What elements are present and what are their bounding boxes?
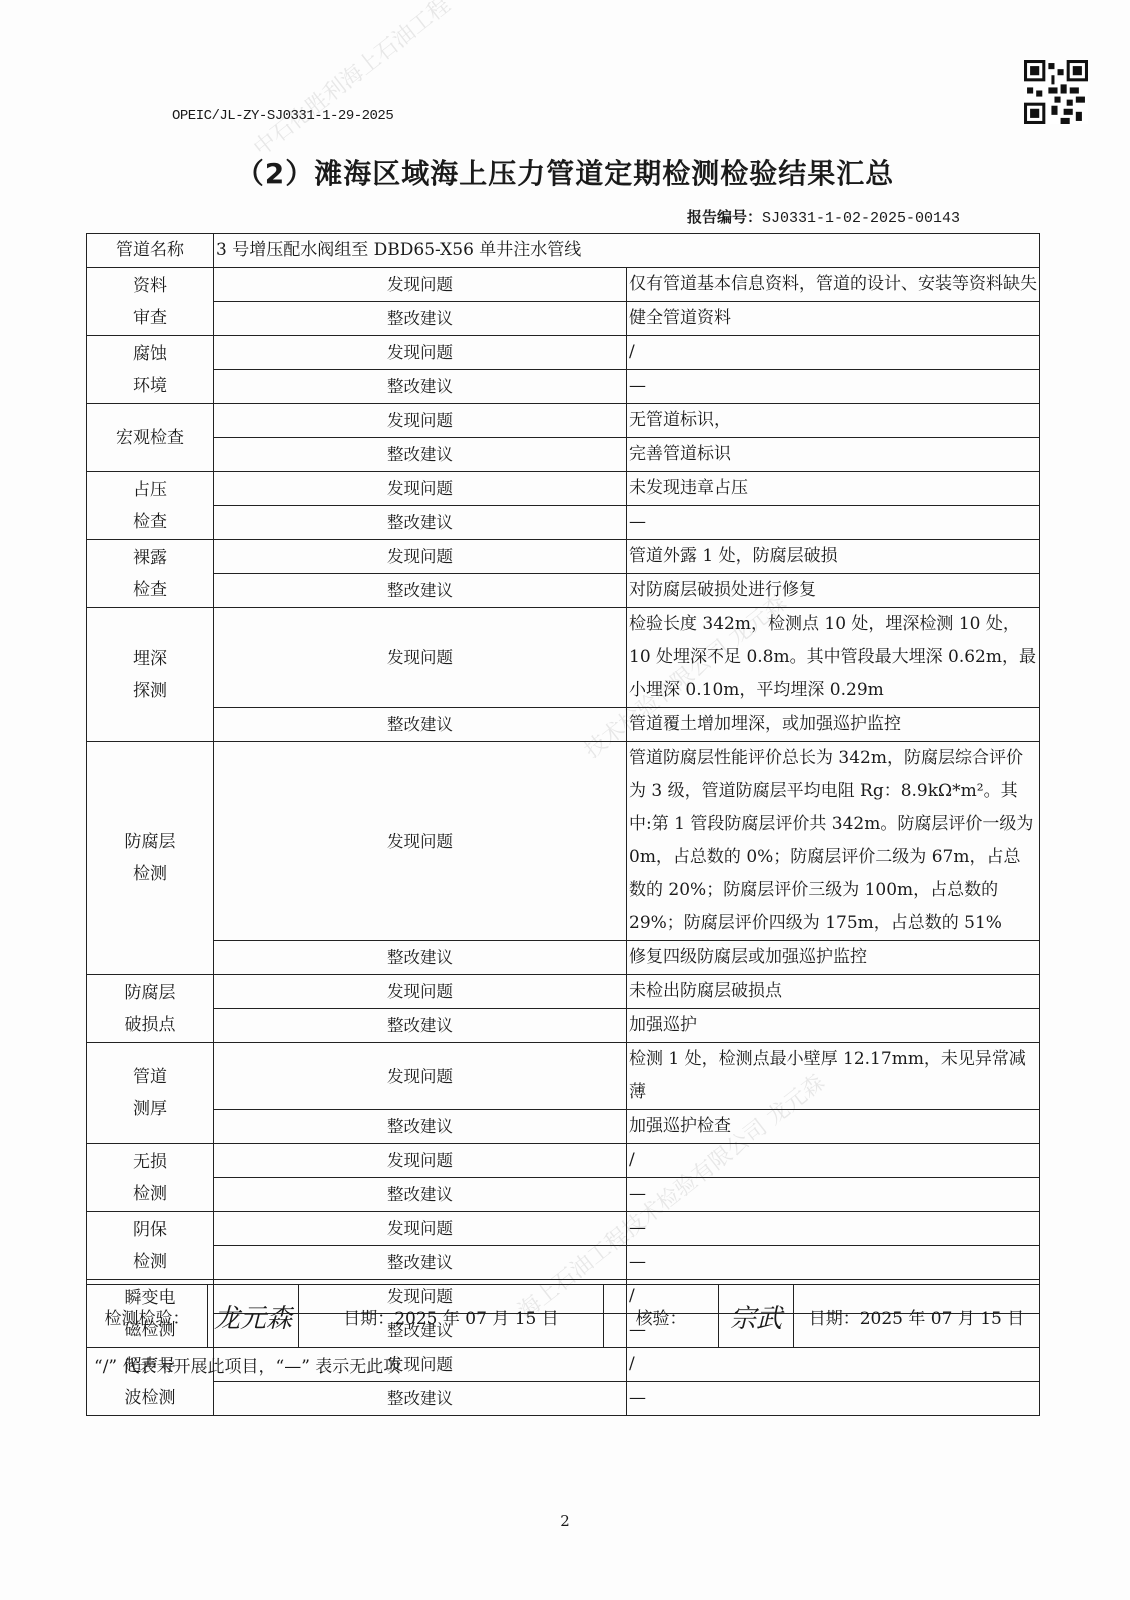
issue-value: — [627,1212,1040,1246]
section-advice-row: 整改建议加强巡护检查 [87,1110,1040,1144]
advice-label: 整改建议 [214,708,627,742]
inspector-signature: 龙元森 [208,1285,299,1348]
section-advice-row: 整改建议— [87,370,1040,404]
inspector-label: 检测检验： [87,1285,208,1348]
issue-label: 发现问题 [214,404,627,438]
advice-value: — [627,1246,1040,1280]
section-advice-row: 整改建议加强巡护 [87,1009,1040,1043]
issue-value: 检测 1 处，检测点最小壁厚 12.17mm，未见异常减薄 [627,1043,1040,1110]
pipeline-name-value: 3 号增压配水阀组至 DBD65-X56 单井注水管线 [214,234,1040,268]
section-advice-row: 整改建议完善管道标识 [87,438,1040,472]
advice-label: 整改建议 [214,1382,627,1416]
issue-value: 管道外露 1 处，防腐层破损 [627,540,1040,574]
signoff-table: 检测检验： 龙元森 日期：2025 年 07 月 15 日 核验： 宗武 日期：… [86,1284,1040,1348]
section-name-text: 裸露 检查 [133,548,167,600]
page-title: （2）滩海区域海上压力管道定期检测检验结果汇总 [0,152,1130,192]
section-name-text: 腐蚀 环境 [133,344,167,396]
advice-value: — [627,370,1040,404]
section-name: 阴保 检测 [87,1212,214,1280]
section-issue-row: 埋深 探测发现问题检验长度 342m，检测点 10 处，埋深检测 10 处，10… [87,608,1040,708]
issue-label: 发现问题 [214,1144,627,1178]
section-advice-row: 整改建议— [87,1382,1040,1416]
advice-label: 整改建议 [214,1009,627,1043]
issue-label: 发现问题 [214,540,627,574]
advice-value: 加强巡护检查 [627,1110,1040,1144]
issue-label: 发现问题 [214,1212,627,1246]
advice-value: 完善管道标识 [627,438,1040,472]
results-table: 管道名称 3 号增压配水阀组至 DBD65-X56 单井注水管线 资料 审查发现… [86,233,1040,1416]
section-advice-row: 整改建议健全管道资料 [87,302,1040,336]
section-name: 防腐层 检测 [87,742,214,975]
section-advice-row: 整改建议管道覆土增加埋深，或加强巡护监控 [87,708,1040,742]
page-number: 2 [0,1512,1130,1530]
advice-value: 对防腐层破损处进行修复 [627,574,1040,608]
issue-label: 发现问题 [214,336,627,370]
reviewer-label: 核验： [604,1285,719,1348]
section-name-text: 防腐层 破损点 [125,983,176,1035]
advice-value: 加强巡护 [627,1009,1040,1043]
advice-value: — [627,506,1040,540]
issue-value: 未发现违章占压 [627,472,1040,506]
pipeline-name-label: 管道名称 [87,234,214,268]
section-issue-row: 裸露 检查发现问题管道外露 1 处，防腐层破损 [87,540,1040,574]
section-issue-row: 占压 检查发现问题未发现违章占压 [87,472,1040,506]
advice-label: 整改建议 [214,302,627,336]
pipeline-name-row: 管道名称 3 号增压配水阀组至 DBD65-X56 单井注水管线 [87,234,1040,268]
section-name: 防腐层 破损点 [87,975,214,1043]
section-name-text: 占压 检查 [133,480,167,532]
section-name-text: 无损 检测 [133,1152,167,1204]
section-name: 无损 检测 [87,1144,214,1212]
report-number: 报告编号：SJ0331-1-02-2025-00143 [687,206,960,227]
issue-label: 发现问题 [214,975,627,1009]
issue-value: / [627,1144,1040,1178]
section-name-text: 宏观检查 [116,428,184,448]
section-name-text: 资料 审查 [133,276,167,328]
section-issue-row: 阴保 检测发现问题— [87,1212,1040,1246]
report-number-label: 报告编号： [687,208,762,226]
section-issue-row: 腐蚀 环境发现问题/ [87,336,1040,370]
section-name-text: 管道 测厚 [133,1067,167,1119]
section-issue-row: 宏观检查发现问题无管道标识， [87,404,1040,438]
issue-label: 发现问题 [214,268,627,302]
inspector-date: 日期：2025 年 07 月 15 日 [299,1285,604,1348]
advice-value: — [627,1178,1040,1212]
advice-label: 整改建议 [214,574,627,608]
section-name-text: 埋深 探测 [133,649,167,701]
advice-label: 整改建议 [214,1246,627,1280]
advice-value: 管道覆土增加埋深，或加强巡护监控 [627,708,1040,742]
section-advice-row: 整改建议— [87,1246,1040,1280]
issue-label: 发现问题 [214,472,627,506]
advice-label: 整改建议 [214,941,627,975]
section-advice-row: 整改建议— [87,506,1040,540]
section-issue-row: 无损 检测发现问题/ [87,1144,1040,1178]
section-advice-row: 整改建议对防腐层破损处进行修复 [87,574,1040,608]
section-advice-row: 整改建议修复四级防腐层或加强巡护监控 [87,941,1040,975]
section-name: 宏观检查 [87,404,214,472]
issue-label: 发现问题 [214,608,627,708]
section-name: 资料 审查 [87,268,214,336]
section-name: 占压 检查 [87,472,214,540]
section-name-text: 防腐层 检测 [125,832,176,884]
document-code: OPEIC/JL-ZY-SJ0331-1-29-2025 [172,108,393,124]
watermark: 中石化胜利海上石油工程 [246,0,456,162]
qr-code-icon [1024,60,1088,124]
advice-label: 整改建议 [214,1178,627,1212]
issue-value: 仅有管道基本信息资料，管道的设计、安装等资料缺失 [627,268,1040,302]
section-issue-row: 资料 审查发现问题仅有管道基本信息资料，管道的设计、安装等资料缺失 [87,268,1040,302]
advice-value: — [627,1382,1040,1416]
issue-value: / [627,336,1040,370]
issue-label: 发现问题 [214,742,627,941]
issue-value: 管道防腐层性能评价总长为 342m，防腐层综合评价为 3 级，管道防腐层平均电阻… [627,742,1040,941]
section-issue-row: 防腐层 检测发现问题管道防腐层性能评价总长为 342m，防腐层综合评价为 3 级… [87,742,1040,941]
advice-label: 整改建议 [214,1110,627,1144]
reviewer-signature: 宗武 [719,1285,794,1348]
advice-label: 整改建议 [214,438,627,472]
issue-value: 未检出防腐层破损点 [627,975,1040,1009]
reviewer-date: 日期：2025 年 07 月 15 日 [794,1285,1040,1348]
section-name: 管道 测厚 [87,1043,214,1144]
section-name-text: 阴保 检测 [133,1220,167,1272]
advice-label: 整改建议 [214,370,627,404]
section-advice-row: 整改建议— [87,1178,1040,1212]
issue-value: / [627,1348,1040,1382]
section-name: 裸露 检查 [87,540,214,608]
advice-value: 健全管道资料 [627,302,1040,336]
report-number-value: SJ0331-1-02-2025-00143 [762,210,960,227]
issue-value: 无管道标识， [627,404,1040,438]
section-name: 埋深 探测 [87,608,214,742]
issue-label: 发现问题 [214,1043,627,1110]
advice-label: 整改建议 [214,506,627,540]
issue-value: 检验长度 342m，检测点 10 处，埋深检测 10 处，10 处埋深不足 0.… [627,608,1040,708]
footnote: “/” 代表未开展此项目，“—” 表示无此项 [94,1352,400,1377]
advice-value: 修复四级防腐层或加强巡护监控 [627,941,1040,975]
section-issue-row: 防腐层 破损点发现问题未检出防腐层破损点 [87,975,1040,1009]
section-name: 腐蚀 环境 [87,336,214,404]
section-issue-row: 管道 测厚发现问题检测 1 处，检测点最小壁厚 12.17mm，未见异常减薄 [87,1043,1040,1110]
